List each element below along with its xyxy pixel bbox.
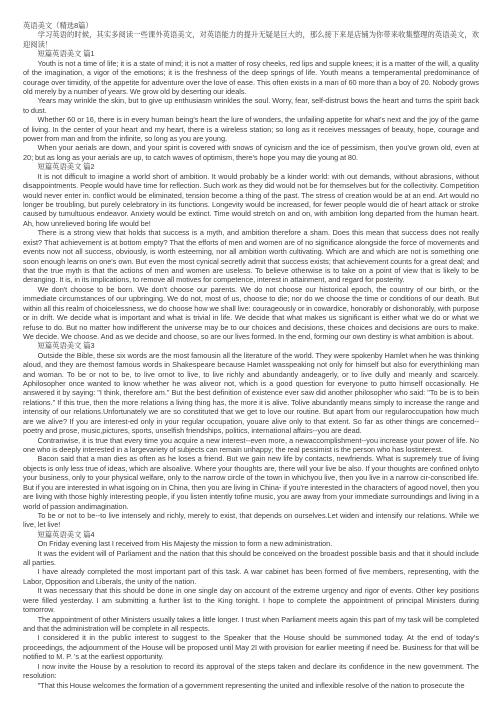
essay-paragraph: It was the evident will of Parliament an… xyxy=(23,549,479,568)
section-heading: 短篇英语美文 篇1 xyxy=(23,49,479,58)
section-heading: 短篇英语美文 篇3 xyxy=(23,341,479,350)
essay-paragraph: When your aerials are down, and your spi… xyxy=(23,143,479,162)
essay-paragraph: Outside the Bible, these six words are t… xyxy=(23,351,479,436)
essay-paragraph: Years may wrinkle the skin, but to give … xyxy=(23,96,479,115)
essay-paragraph: I have already completed the most import… xyxy=(23,567,479,586)
essay-paragraph: Contrariwise, it is true that every time… xyxy=(23,436,479,455)
essay-paragraph: Bacon said that a man dies as often as h… xyxy=(23,454,479,511)
essay-paragraph: Youth is not a time of life; it is a sta… xyxy=(23,59,479,97)
essay-paragraph: On Friday evening last I received from H… xyxy=(23,539,479,548)
essay-paragraph: We don't choose to be born. We don't cho… xyxy=(23,285,479,342)
essay-paragraph: I now invite the House by a resolution t… xyxy=(23,662,479,681)
section-heading: 短篇英语美文 篇4 xyxy=(23,530,479,539)
document-page: 英语美文（精选8篇） 学习英语的时候，其实多阅读一些课外英语美文，对英语能力的提… xyxy=(0,0,504,713)
essay-paragraph: It was necessary that this should be don… xyxy=(23,586,479,614)
essay-paragraph: Whether 60 or 16, there is in every huma… xyxy=(23,115,479,143)
section-heading: 短篇英语美文 篇2 xyxy=(23,162,479,171)
intro-paragraph: 学习英语的时候，其实多阅读一些课外英语美文，对英语能力的提升无疑是巨大的，那么接… xyxy=(23,30,479,49)
essay-paragraph: The appointment of other Ministers usual… xyxy=(23,615,479,634)
essay-paragraph: "That this House welcomes the formation … xyxy=(23,681,479,690)
essay-paragraph: There is a strong view that holds that s… xyxy=(23,228,479,285)
document-title: 英语美文（精选8篇） xyxy=(23,21,479,30)
essay-paragraph: It is not difficult to imagine a world s… xyxy=(23,172,479,229)
essay-paragraph: To be or not to be--to live intensely an… xyxy=(23,511,479,530)
document-body: 学习英语的时候，其实多阅读一些课外英语美文，对英语能力的提升无疑是巨大的，那么接… xyxy=(23,30,479,690)
essay-paragraph: I considered it in the public interest t… xyxy=(23,633,479,661)
